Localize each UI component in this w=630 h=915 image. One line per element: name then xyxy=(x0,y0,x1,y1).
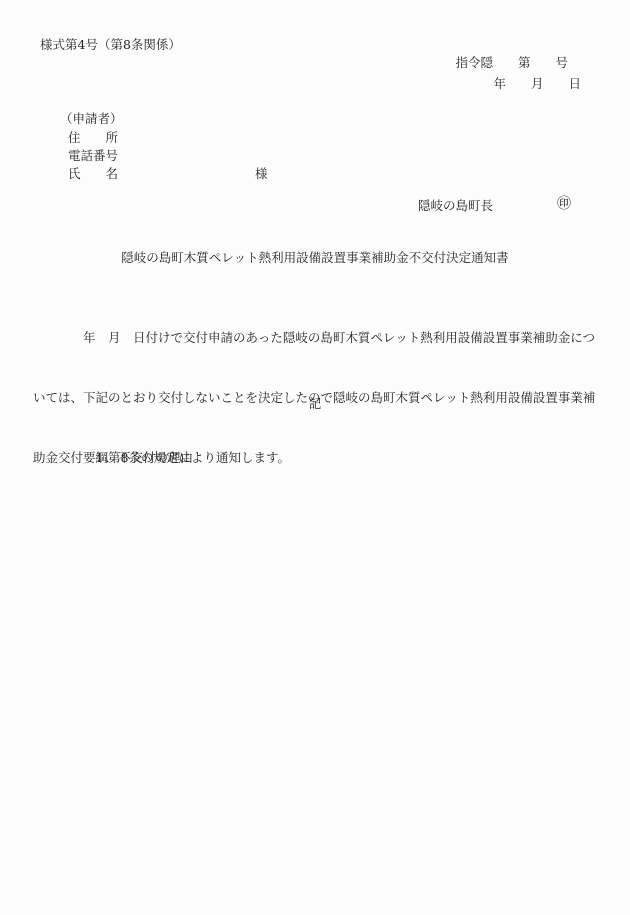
applicant-heading: （申請者） xyxy=(60,112,123,126)
date-line: 年 月 日 xyxy=(493,77,581,91)
notice-title: 隠岐の島町木質ペレット熱利用設備設置事業補助金不交付決定通知書 xyxy=(0,251,630,265)
applicant-phone-label: 電話番号 xyxy=(68,149,118,163)
applicant-name-label: 氏 名 xyxy=(68,167,118,181)
item1-reason-label: １．不交付の理由 xyxy=(93,451,193,465)
ki-heading: 記 xyxy=(0,397,630,411)
directive-number-line: 指令隠 第 号 xyxy=(455,56,568,70)
issuer-seal-icon: ㊞ xyxy=(557,197,571,212)
applicant-address-label: 住 所 xyxy=(68,131,118,145)
applicant-honorific: 様 xyxy=(255,167,268,181)
form-number: 様式第4号（第8条関係） xyxy=(40,38,181,52)
issuer-title: 隠岐の島町長 xyxy=(418,199,493,213)
notice-body-line-1: 年 月 日付けで交付申請のあった隠岐の島町木質ペレット熱利用設備設置事業補助金に… xyxy=(33,328,595,348)
notice-document-page: 様式第4号（第8条関係） 指令隠 第 号 年 月 日 （申請者） 住 所 電話番… xyxy=(0,0,630,915)
